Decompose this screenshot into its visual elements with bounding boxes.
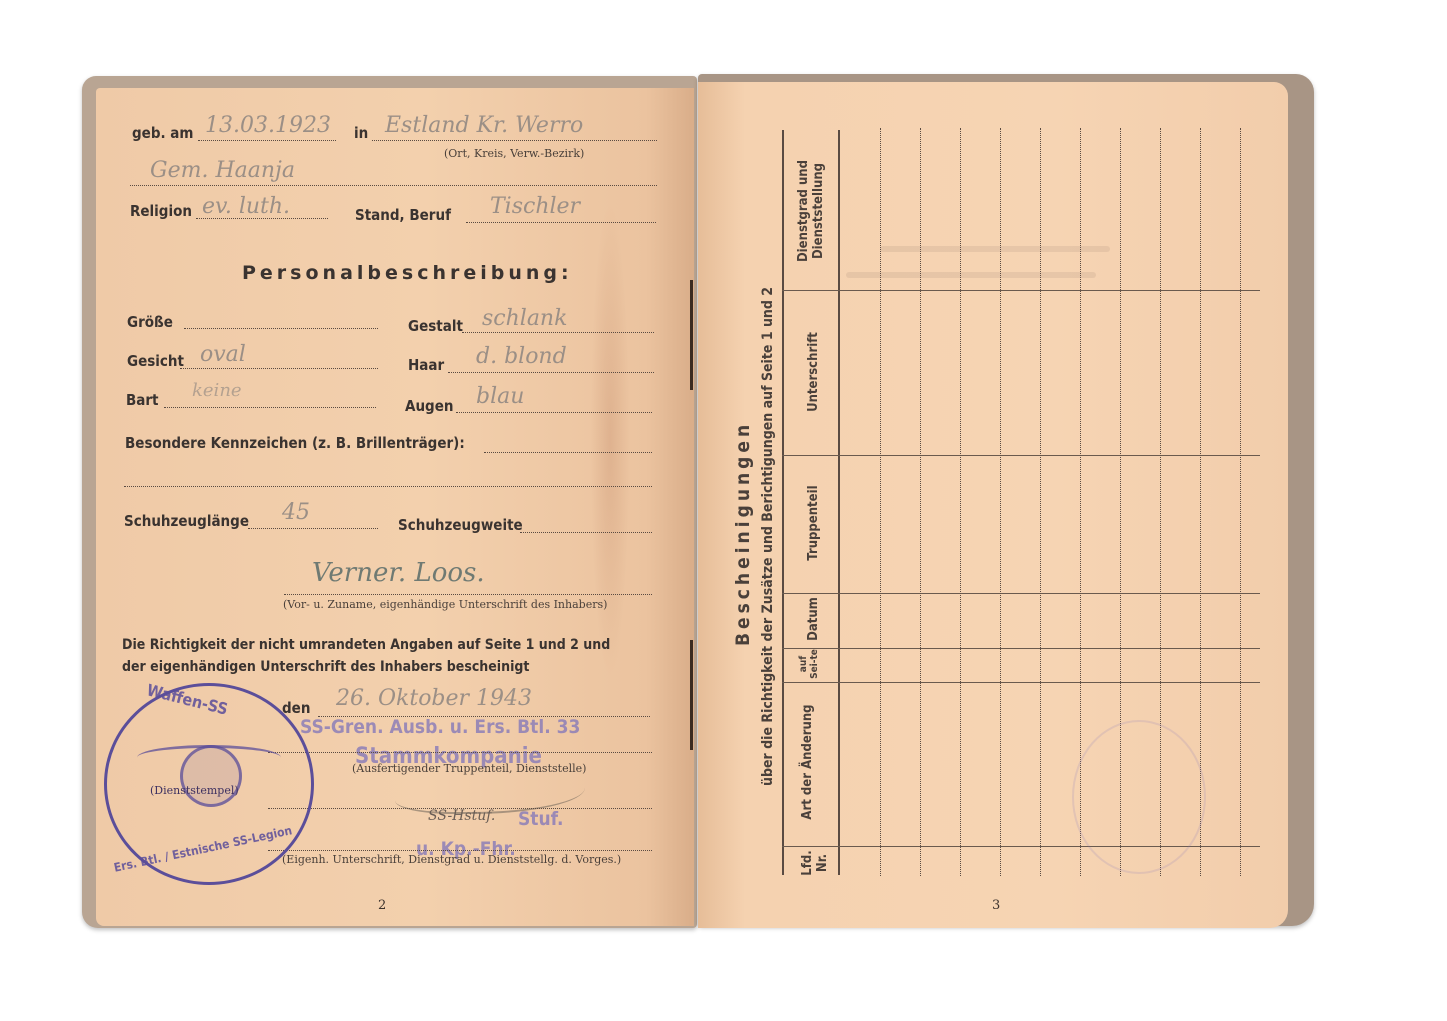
col-header-change-type: Art der Änderung [800, 682, 815, 842]
birth-date-line [198, 140, 336, 141]
shoe-length-label: Schuhzeuglänge [124, 512, 249, 530]
col-header-number: Lfd. Nr. [800, 846, 830, 880]
row-line-5 [1040, 128, 1041, 876]
birth-place-line2: Gem. Haanja [150, 158, 295, 183]
row-line-10 [1240, 128, 1241, 876]
birth-place-value: Estland Kr. Werro [385, 113, 583, 138]
field-value-beard: keine [192, 380, 242, 401]
religion-label: Religion [130, 202, 192, 220]
faint-stamp-bleed [1072, 720, 1206, 874]
page-number-right: 3 [992, 898, 1000, 913]
certification-line1: Die Richtigkeit der nicht umrandeten Ang… [122, 637, 610, 653]
field-label-build: Gestalt [408, 317, 463, 335]
bleed-through-mark [846, 272, 1096, 278]
birth-place-line [372, 140, 657, 141]
field-value-eyes: blau [476, 384, 524, 409]
cert-date-label: den [282, 699, 310, 717]
stamp-emblem-placeholder [180, 745, 242, 807]
round-stamp-center-hint: (Dienststempel) [150, 784, 239, 797]
special-marks-line [484, 452, 652, 453]
occupation-value: Tischler [490, 194, 580, 219]
field-value-face: oval [200, 342, 246, 367]
shoe-length-line [248, 528, 378, 529]
unit-stamp-line1: SS-Gren. Ausb. u. Ers. Btl. 33 [300, 716, 580, 738]
field-value-build: schlank [482, 306, 567, 331]
col-header-date: Datum [806, 594, 821, 644]
birth-place-line2-dots [130, 185, 657, 186]
birth-place-label: in [354, 124, 368, 142]
table-header-border [838, 130, 840, 875]
field-line-beard [164, 407, 376, 408]
field-value-hair: d. blond [476, 344, 567, 369]
field-label-hair: Haar [408, 356, 444, 374]
row-line-9 [1200, 128, 1201, 876]
field-label-beard: Bart [126, 391, 159, 409]
row-line-4 [1000, 128, 1001, 876]
row-divider-5 [782, 682, 1260, 683]
bleed-through-mark [880, 246, 1110, 252]
row-divider-1 [782, 290, 1260, 291]
special-marks-label: Besondere Kennzeichen (z. B. Brillenträg… [125, 434, 465, 452]
religion-value: ev. luth. [202, 194, 290, 219]
field-line-size [184, 328, 378, 329]
field-line-face [180, 368, 378, 369]
section-title: Personalbeschreibung: [242, 262, 573, 284]
holder-signature: Verner. Loos. [312, 558, 485, 588]
field-label-face: Gesicht [127, 352, 184, 370]
staple-top [690, 280, 693, 390]
shoe-width-line [520, 532, 652, 533]
shoe-width-label: Schuhzeugweite [398, 516, 523, 534]
shoe-length-value: 45 [282, 500, 310, 525]
officer-line2 [268, 850, 652, 851]
occupation-label: Stand, Beruf [355, 206, 451, 224]
right-page-subtitle: über die Richtigkeit der Zusätze und Ber… [760, 287, 776, 786]
field-line-hair [448, 372, 654, 373]
birth-place-hint: (Ort, Kreis, Verw.-Bezirk) [444, 147, 584, 160]
field-line-eyes [456, 412, 652, 413]
holder-signature-hint: (Vor- u. Zuname, eigenhändige Unterschri… [283, 598, 607, 611]
birth-date-label: geb. am [132, 124, 193, 142]
officer-hint: (Eigenh. Unterschrift, Dienstgrad u. Die… [282, 853, 621, 866]
row-line-1 [880, 128, 881, 876]
col-header-signature: Unterschrift [806, 292, 821, 452]
occupation-line [466, 222, 656, 223]
col-header-page: auf Sei-te [798, 648, 820, 680]
unit-line [268, 752, 652, 753]
staple-bottom [690, 640, 693, 750]
field-label-size: Größe [127, 313, 173, 331]
page-number-left: 2 [378, 898, 386, 913]
row-divider-4 [782, 648, 1260, 649]
right-page-title: Bescheinigungen [732, 421, 754, 646]
row-line-3 [960, 128, 961, 876]
col-header-rank: Dienstgrad und Dienststellung [796, 136, 826, 286]
col-header-unit: Truppenteil [806, 456, 821, 590]
certification-line2: der eigenhändigen Unterschrift des Inhab… [122, 659, 529, 675]
holder-signature-line [284, 594, 652, 595]
row-line-2 [920, 128, 921, 876]
row-divider-2 [782, 455, 1260, 456]
table-left-border [782, 130, 784, 875]
officer-rank-hand: SS-Hstuf. [428, 808, 495, 824]
birth-date-value: 13.03.1923 [205, 113, 331, 138]
special-marks-line2 [124, 486, 652, 487]
row-divider-3 [782, 593, 1260, 594]
field-label-eyes: Augen [405, 397, 453, 415]
cert-date-value: 26. Oktober 1943 [336, 686, 532, 711]
officer-rank-stamp: Stuf. [518, 808, 564, 830]
field-line-build [462, 332, 654, 333]
